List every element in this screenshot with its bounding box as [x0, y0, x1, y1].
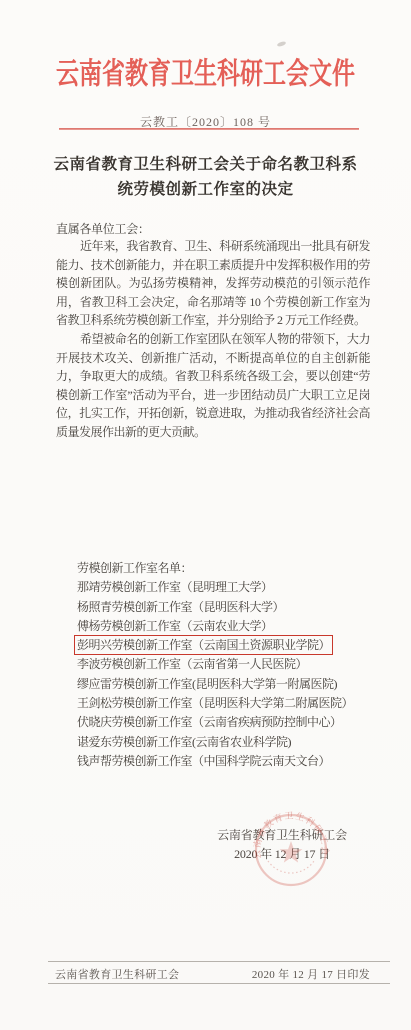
workshop-item: 缪应雷劳模创新工作室(昆明医科大学第一附属医院): [77, 675, 377, 694]
workshop-item-text: 杨照青劳模创新工作室（昆明医科大学）: [77, 600, 284, 614]
workshop-item: 伏晓庆劳模创新工作室（云南省疾病预防控制中心）: [77, 713, 377, 732]
workshop-item: 李波劳模创新工作室（云南省第一人民医院）: [77, 655, 377, 674]
workshop-item-text: 钱声帮劳模创新工作室（中国科学院云南天文台）: [77, 754, 330, 768]
workshop-item-text: 李波劳模创新工作室（云南省第一人民医院）: [77, 657, 307, 671]
document-title: 云南省教育卫生科研工会关于命名教卫科系 统劳模创新工作室的决定: [20, 152, 391, 202]
highlight-box: 彭明兴劳模创新工作室（云南国土资源职业学院）: [77, 638, 330, 652]
workshop-list-label: 劳模创新工作室名单：: [77, 559, 377, 578]
workshop-item: 钱声帮劳模创新工作室（中国科学院云南天文台）: [77, 752, 377, 771]
footer-org: 云南省教育卫生科研工会: [55, 966, 179, 982]
document-title-line-2: 统劳模创新工作室的决定: [20, 177, 391, 202]
red-header-title: 云南省教育卫生科研工会文件: [0, 50, 411, 92]
footer: 云南省教育卫生科研工会 2020 年 12 月 17 日印发: [55, 966, 370, 982]
scan-smudge: [277, 41, 287, 48]
signature-block: 云南省教育卫生科研工会 2020 年 12 月 17 日: [202, 826, 362, 864]
workshop-item: 王剑松劳模创新工作室（昆明医科大学第二附属医院）: [77, 694, 377, 713]
workshop-item-highlighted: 彭明兴劳模创新工作室（云南国土资源职业学院）: [77, 636, 377, 655]
body-paragraph-1: 近年来，我省教育、卫生、科研系统涌现出一批具有研发能力、技术创新能力，并在职工素…: [56, 237, 370, 330]
workshop-item: 杨照青劳模创新工作室（昆明医科大学）: [77, 598, 377, 617]
workshop-list: 劳模创新工作室名单： 那靖劳模创新工作室（昆明理工大学） 杨照青劳模创新工作室（…: [77, 559, 377, 771]
salutation: 直属各单位工会：: [56, 220, 150, 237]
footer-print-date: 2020 年 12 月 17 日印发: [252, 966, 370, 982]
body-paragraph-2: 希望被命名的创新工作室团队在领军人物的带领下，大力开展技术攻关、创新推广活动，不…: [56, 330, 370, 442]
signature-date: 2020 年 12 月 17 日: [202, 845, 362, 864]
document-title-line-1: 云南省教育卫生科研工会关于命名教卫科系: [20, 152, 391, 177]
signature-org: 云南省教育卫生科研工会: [202, 826, 362, 845]
workshop-item-text: 那靖劳模创新工作室（昆明理工大学）: [77, 580, 273, 594]
document-page: 云南省教育卫生科研工会文件 云教工〔2020〕108 号 云南省教育卫生科研工会…: [0, 0, 411, 1030]
footer-divider-bottom: [48, 983, 390, 984]
workshop-item-text: 缪应雷劳模创新工作室(昆明医科大学第一附属医院): [77, 677, 337, 691]
workshop-item-text: 王剑松劳模创新工作室（昆明医科大学第二附属医院）: [77, 696, 353, 710]
workshop-item-text: 傅杨劳模创新工作室（云南农业大学）: [77, 619, 273, 633]
footer-divider-top: [48, 961, 390, 962]
workshop-item-text: 伏晓庆劳模创新工作室（云南省疾病预防控制中心）: [77, 715, 342, 729]
workshop-item: 谌爱东劳模创新工作室(云南省农业科学院): [77, 733, 377, 752]
body-text: 近年来，我省教育、卫生、科研系统涌现出一批具有研发能力、技术创新能力，并在职工素…: [56, 237, 370, 442]
workshop-item-text: 谌爱东劳模创新工作室(云南省农业科学院): [77, 735, 291, 749]
workshop-item: 那靖劳模创新工作室（昆明理工大学）: [77, 578, 377, 597]
workshop-item: 傅杨劳模创新工作室（云南农业大学）: [77, 617, 377, 636]
red-separator-line: [59, 128, 359, 130]
